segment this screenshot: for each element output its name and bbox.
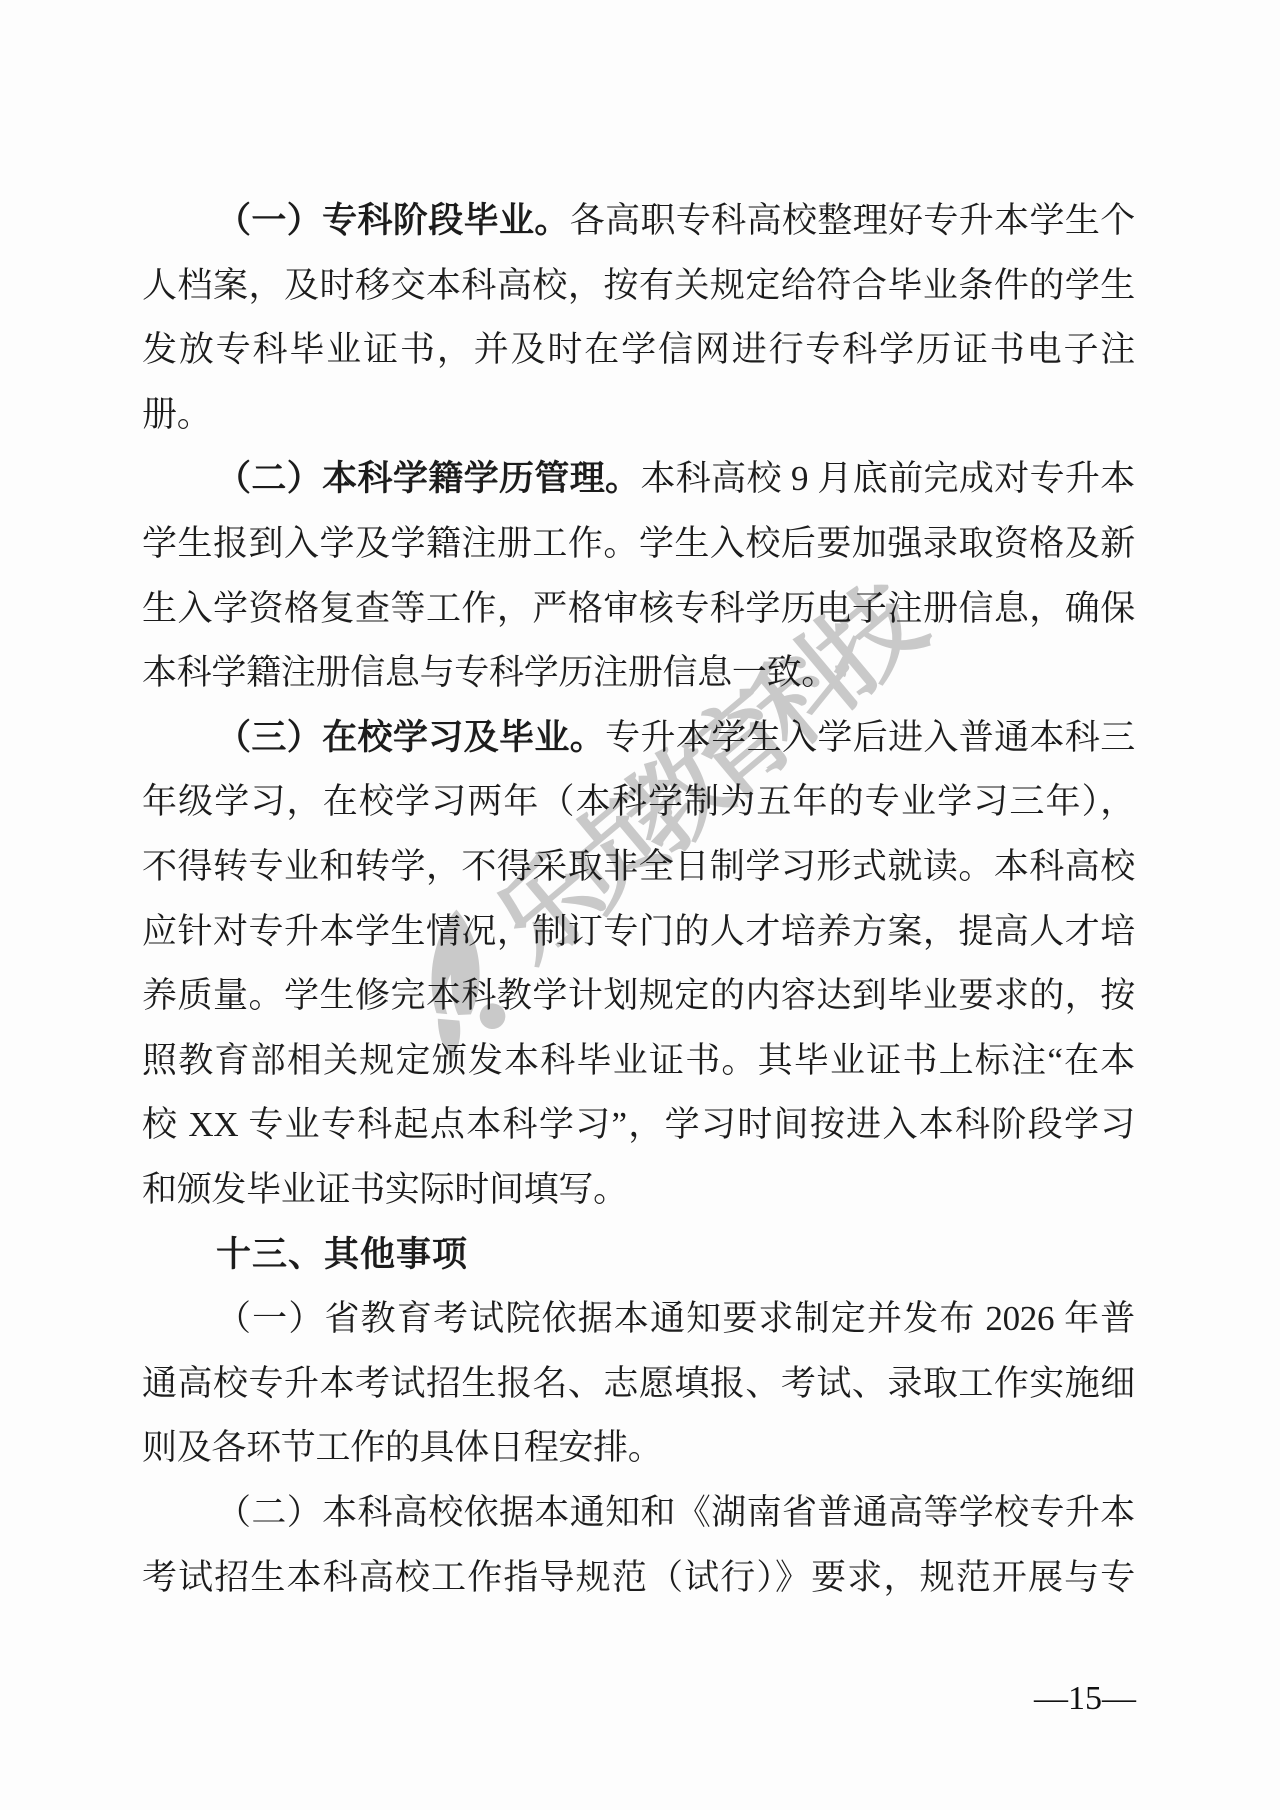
text-segment: 各高职专科高校整理好专升本学生个 bbox=[570, 201, 1135, 240]
text-line: 发放专科毕业证书，并及时在学信网进行专科学历证书电子注 bbox=[142, 317, 1135, 382]
text-line: 年级学习，在校学习两年（本科学制为五年的专业学习三年）， bbox=[142, 769, 1135, 834]
text-segment: 和颁发毕业证书实际时间填写。 bbox=[142, 1170, 628, 1209]
text-segment: 年级学习，在校学习两年（本科学制为五年的专业学习三年）， bbox=[142, 782, 1135, 821]
text-segment: 学生报到入学及学籍注册工作。学生入校后要加强录取资格及新 bbox=[142, 524, 1135, 563]
text-segment: （一）省教育考试院依据本通知要求制定并发布 2026 年普 bbox=[216, 1299, 1135, 1338]
text-line: （一）专科阶段毕业。各高职专科高校整理好专升本学生个 bbox=[142, 188, 1135, 253]
text-line: 则及各环节工作的具体日程安排。 bbox=[142, 1415, 1135, 1480]
text-line: （一）省教育考试院依据本通知要求制定并发布 2026 年普 bbox=[142, 1286, 1135, 1351]
text-line: 不得转专业和转学，不得采取非全日制学习形式就读。本科高校 bbox=[142, 834, 1135, 899]
text-line: （二）本科学籍学历管理。本科高校 9 月底前完成对专升本 bbox=[142, 446, 1135, 511]
text-line: （三）在校学习及毕业。专升本学生入学后进入普通本科三 bbox=[142, 705, 1135, 770]
text-line: 通高校专升本考试招生报名、志愿填报、考试、录取工作实施细 bbox=[142, 1351, 1135, 1416]
text-segment: 照教育部相关规定颁发本科毕业证书。其毕业证书上标注“在本 bbox=[142, 1041, 1135, 1080]
text-line: （二）本科高校依据本通知和《湖南省普通高等学校专升本 bbox=[142, 1480, 1135, 1545]
text-line: 考试招生本科高校工作指导规范（试行）》要求，规范开展与专 bbox=[142, 1545, 1135, 1610]
paragraph-lead: （一）专科阶段毕业。 bbox=[216, 201, 570, 240]
text-segment: 发放专科毕业证书，并及时在学信网进行专科学历证书电子注 bbox=[142, 330, 1135, 369]
text-line: 应针对专升本学生情况，制订专门的人才培养方案，提高人才培 bbox=[142, 899, 1135, 964]
text-segment: 应针对专升本学生情况，制订专门的人才培养方案，提高人才培 bbox=[142, 912, 1135, 951]
text-segment: 本科学籍注册信息与专科学历注册信息一致。 bbox=[142, 653, 836, 692]
text-line: 和颁发毕业证书实际时间填写。 bbox=[142, 1157, 1135, 1222]
text-segment: 生入学资格复查等工作，严格审核专科学历电子注册信息，确保 bbox=[142, 589, 1135, 628]
text-segment: 通高校专升本考试招生报名、志愿填报、考试、录取工作实施细 bbox=[142, 1364, 1135, 1403]
text-segment: 则及各环节工作的具体日程安排。 bbox=[142, 1428, 663, 1467]
text-segment: 专升本学生入学后进入普通本科三 bbox=[605, 718, 1135, 757]
document-body: （一）专科阶段毕业。各高职专科高校整理好专升本学生个人档案，及时移交本科高校，按… bbox=[142, 0, 1135, 1810]
text-segment: 册。 bbox=[142, 395, 211, 434]
document-page: 乐贞教育科技 （一）专科阶段毕业。各高职专科高校整理好专升本学生个人档案，及时移… bbox=[0, 0, 1280, 1810]
text-segment: 不得转专业和转学，不得采取非全日制学习形式就读。本科高校 bbox=[142, 847, 1135, 886]
paragraph-lead: （二）本科学籍学历管理。 bbox=[216, 459, 640, 498]
text-segment: 人档案，及时移交本科高校，按有关规定给符合毕业条件的学生 bbox=[142, 266, 1135, 305]
page-number: —15— bbox=[1005, 1676, 1165, 1722]
text-line: 照教育部相关规定颁发本科毕业证书。其毕业证书上标注“在本 bbox=[142, 1028, 1135, 1093]
text-line: 人档案，及时移交本科高校，按有关规定给符合毕业条件的学生 bbox=[142, 253, 1135, 318]
text-segment: （二）本科高校依据本通知和《湖南省普通高等学校专升本 bbox=[216, 1493, 1135, 1532]
text-line: 册。 bbox=[142, 382, 1135, 447]
paragraph-lead: 十三、其他事项 bbox=[216, 1235, 468, 1274]
section-heading: 十三、其他事项 bbox=[142, 1222, 1135, 1287]
text-segment: 养质量。学生修完本科教学计划规定的内容达到毕业要求的，按 bbox=[142, 976, 1135, 1015]
text-line: 学生报到入学及学籍注册工作。学生入校后要加强录取资格及新 bbox=[142, 511, 1135, 576]
text-segment: 校 XX 专业专科起点本科学习”，学习时间按进入本科阶段学习 bbox=[142, 1105, 1135, 1144]
text-line: 校 XX 专业专科起点本科学习”，学习时间按进入本科阶段学习 bbox=[142, 1092, 1135, 1157]
text-segment: 考试招生本科高校工作指导规范（试行）》要求，规范开展与专 bbox=[142, 1558, 1135, 1597]
text-line: 生入学资格复查等工作，严格审核专科学历电子注册信息，确保 bbox=[142, 576, 1135, 641]
text-line: 本科学籍注册信息与专科学历注册信息一致。 bbox=[142, 640, 1135, 705]
text-line: 养质量。学生修完本科教学计划规定的内容达到毕业要求的，按 bbox=[142, 963, 1135, 1028]
text-segment: 本科高校 9 月底前完成对专升本 bbox=[640, 459, 1135, 498]
paragraph-lead: （三）在校学习及毕业。 bbox=[216, 718, 605, 757]
